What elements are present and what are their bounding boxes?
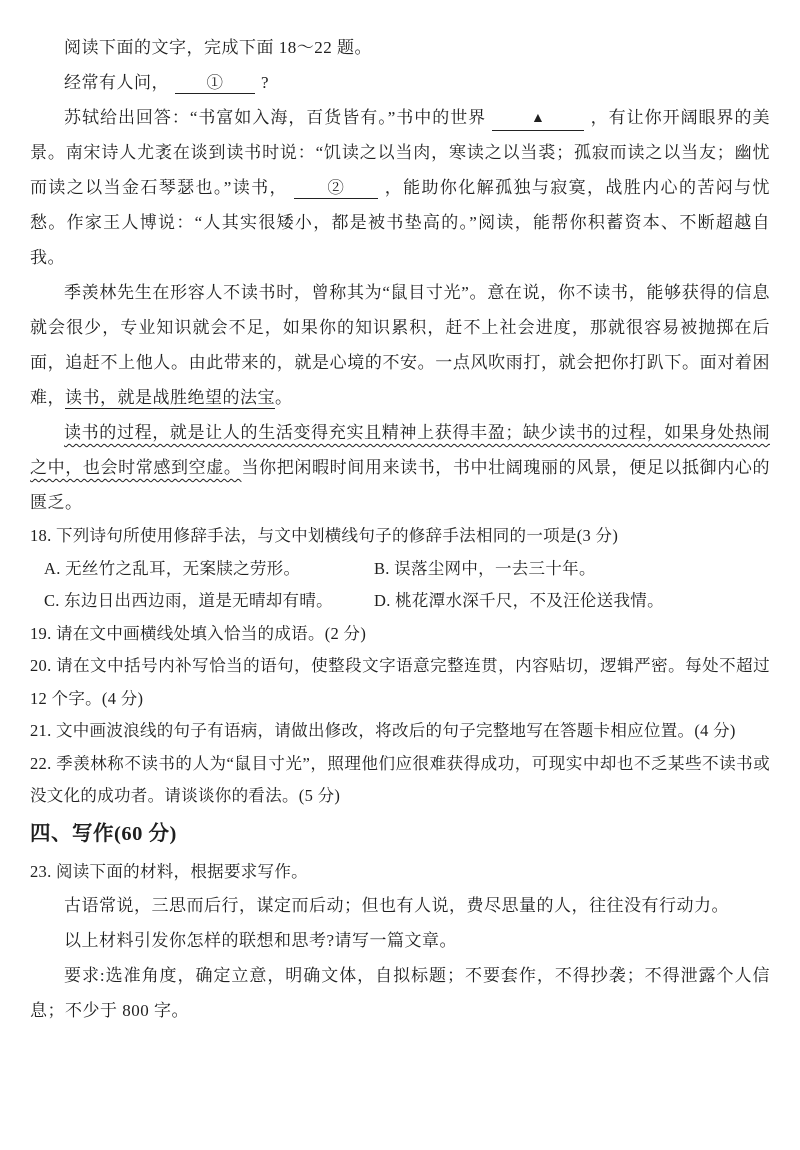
question-18-options: A. 无丝竹之乱耳，无案牍之劳形。 B. 误落尘网中，一去三十年。 C. 东边日… bbox=[30, 553, 770, 618]
option-b: B. 误落尘网中，一去三十年。 bbox=[374, 553, 770, 586]
question-23: 23. 阅读下面的材料，根据要求写作。 bbox=[30, 856, 770, 889]
blank-marker-1: ① bbox=[175, 73, 255, 94]
question-20: 20. 请在文中括号内补写恰当的语句，使整段文字语意完整连贯，内容贴切，逻辑严密… bbox=[30, 650, 770, 715]
writing-prompt: 以上材料引发你怎样的联想和思考?请写一篇文章。 bbox=[30, 923, 770, 958]
passage-intro: 阅读下面的文字，完成下面 18～22 题。 bbox=[30, 30, 770, 65]
option-d: D. 桃花潭水深千尺，不及汪伦送我情。 bbox=[374, 585, 770, 618]
circled-two-marker: ② bbox=[327, 178, 344, 197]
section-heading-writing: 四、写作(60 分) bbox=[30, 816, 770, 853]
blank-marker-2: ② bbox=[294, 178, 378, 199]
passage-lead-line: 经常有人问，①? bbox=[30, 65, 770, 100]
lead-text-post: ? bbox=[261, 73, 269, 92]
question-18-stem: 18. 下列诗句所使用修辞手法，与文中划横线句子的修辞手法相同的一项是(3 分) bbox=[30, 520, 770, 553]
question-21: 21. 文中画波浪线的句子有语病，请做出修改，将改后的句子完整地写在答题卡相应位… bbox=[30, 715, 770, 748]
blank-marker-triangle: ▲ bbox=[492, 108, 584, 131]
triangle-marker: ▲ bbox=[531, 111, 545, 126]
sushi-text-a: 苏轼给出回答：“书富如入海，百货皆有。”书中的世界 bbox=[64, 108, 486, 127]
underlined-sentence: 读书，就是战胜绝望的法宝 bbox=[65, 388, 275, 407]
option-a: A. 无丝竹之乱耳，无案牍之劳形。 bbox=[44, 553, 374, 586]
question-22: 22. 季羡林称不读书的人为“鼠目寸光”，照理他们应很难获得成功，可现实中却也不… bbox=[30, 748, 770, 813]
passage-paragraph-jixianlin: 季羡林先生在形容人不读书时，曾称其为“鼠目寸光”。意在说，你不读书，能够获得的信… bbox=[30, 275, 770, 415]
jixianlin-text-b: 。 bbox=[275, 388, 293, 407]
circled-one-marker: ① bbox=[207, 73, 224, 92]
question-19: 19. 请在文中画横线处填入恰当的成语。(2 分) bbox=[30, 618, 770, 651]
writing-material: 古语常说，三思而后行，谋定而后动；但也有人说，费尽思量的人，往往没有行动力。 bbox=[30, 888, 770, 923]
passage-paragraph-sushi: 苏轼给出回答：“书富如入海，百货皆有。”书中的世界▲，有让你开阔眼界的美景。南宋… bbox=[30, 100, 770, 275]
passage-paragraph-process: 读书的过程，就是让人的生活变得充实且精神上获得丰盈；缺少读书的过程，如果身处热闹… bbox=[30, 415, 770, 520]
lead-text-pre: 经常有人问， bbox=[64, 73, 169, 92]
document-page: 阅读下面的文字，完成下面 18～22 题。 经常有人问，①? 苏轼给出回答：“书… bbox=[0, 0, 800, 1150]
option-c: C. 东边日出西边雨，道是无晴却有晴。 bbox=[44, 585, 374, 618]
writing-requirements: 要求:选准角度，确定立意，明确文体，自拟标题；不要套作，不得抄袭；不得泄露个人信… bbox=[30, 958, 770, 1028]
